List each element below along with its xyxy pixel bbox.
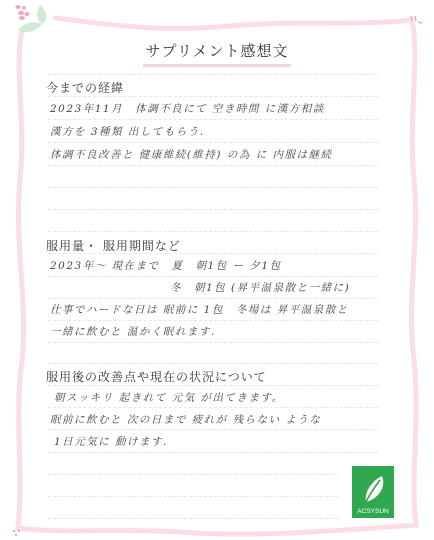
logo-text: ACSYSUN — [357, 508, 388, 515]
leaf-icon — [360, 474, 386, 506]
ruled-line — [48, 474, 338, 475]
flower-decoration-icon — [10, 2, 55, 37]
section-heading-dosage: 服用量・ 服用期間など — [46, 237, 181, 254]
ruled-line — [48, 496, 338, 497]
ruled-line — [48, 187, 378, 188]
ruled-line — [48, 74, 378, 75]
ruled-line — [48, 363, 378, 364]
ruled-line — [48, 320, 378, 321]
handwritten-line: 2023年11月 体調不良にて 空き時間 に漢方相談 — [50, 101, 325, 116]
ruled-line — [48, 342, 378, 343]
handwritten-line: 仕事でハードな日は 眠前に 1包 冬場は 昇平温泉散と — [50, 302, 349, 317]
section-heading-history: 今までの経緯 — [46, 79, 124, 96]
handwritten-line: 眠前に飲むと 次の日まで 疲れが 残らない ような — [50, 412, 321, 427]
sparkle-decoration-icon — [408, 14, 424, 26]
section-heading-improvements: 服用後の改善点や現在の状況について — [46, 368, 267, 385]
ruled-line — [48, 119, 378, 120]
ruled-line — [48, 142, 378, 143]
ruled-line — [48, 231, 378, 232]
acsysun-logo: ACSYSUN — [352, 466, 394, 518]
ruled-line — [48, 165, 378, 166]
ruled-line — [48, 276, 378, 277]
ruled-line — [48, 518, 338, 519]
handwritten-line: 朝スッキリ 起きれて 元気 が出てきます。 — [54, 390, 284, 405]
handwritten-line: 冬 朝1包 (昇平温泉散と一緒に) — [170, 280, 350, 295]
ruled-line — [48, 298, 378, 299]
page-title: サプリメント感想文 — [0, 40, 434, 67]
dots-decoration-icon — [10, 528, 24, 538]
ruled-line — [48, 452, 378, 453]
handwritten-line: 漢方を 3種類 出してもらう. — [50, 124, 205, 139]
ruled-line — [48, 209, 378, 210]
handwritten-line: 2023年〜 現在まで 夏 朝1包 ー 夕1包 — [50, 258, 282, 273]
handwritten-line: 一緒に飲むと 温かく眠れます. — [50, 324, 216, 339]
ruled-line — [48, 96, 378, 97]
handwritten-line: 体調不良改善と 健康維続(維持) の為 に 内服は継続 — [50, 147, 333, 162]
ruled-line — [48, 429, 378, 430]
ruled-line — [48, 385, 378, 386]
handwritten-line: 1日元気に 動けます. — [54, 434, 168, 449]
title-text: サプリメント感想文 — [143, 40, 290, 67]
ruled-line — [48, 407, 378, 408]
